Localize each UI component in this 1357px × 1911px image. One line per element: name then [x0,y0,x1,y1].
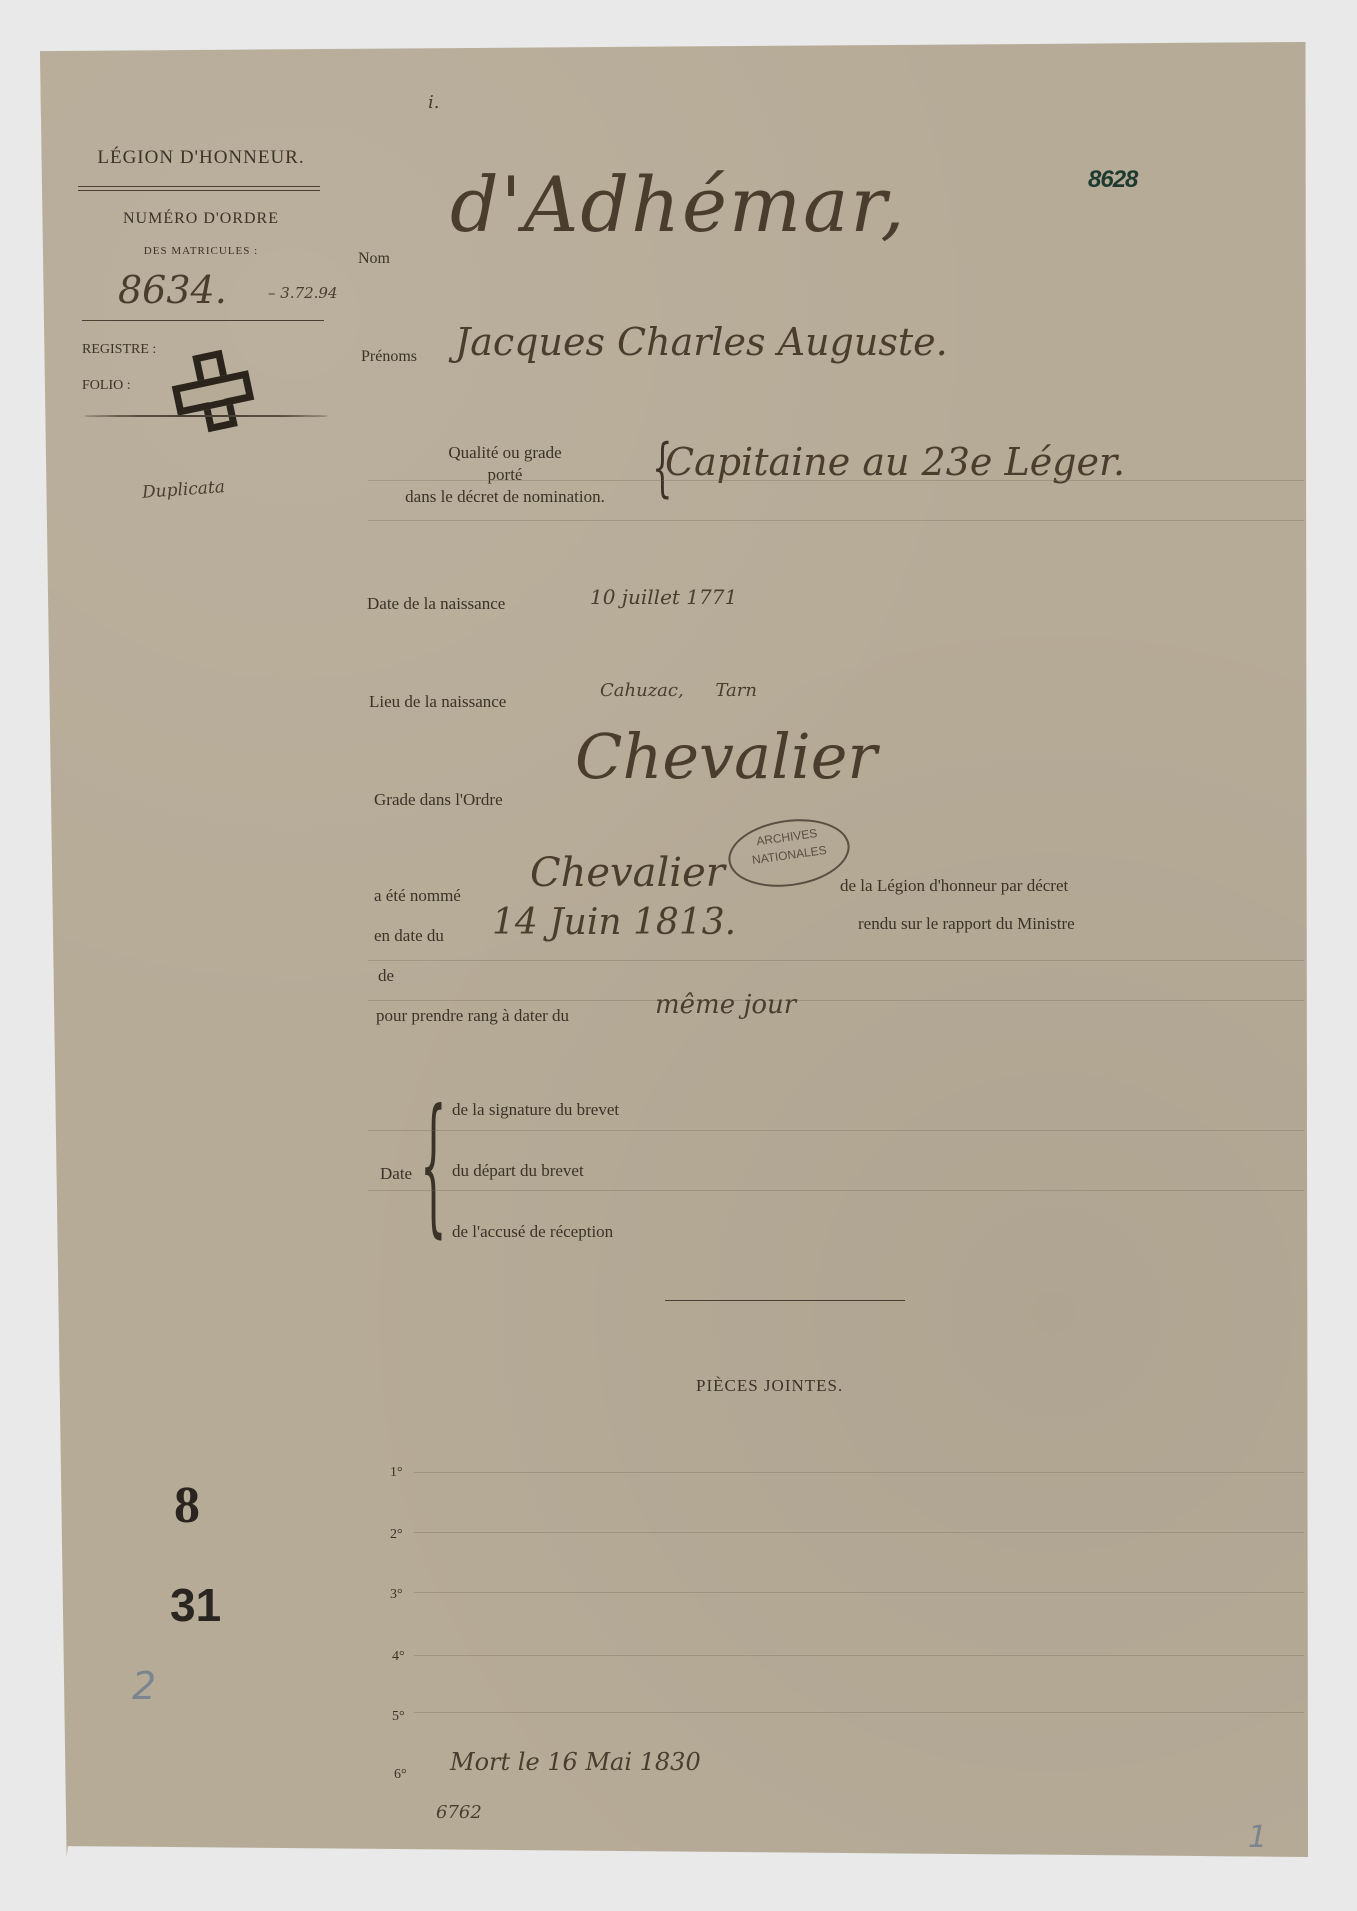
lieu-naissance-label: Lieu de la naissance [369,692,506,712]
section-separator [665,1300,905,1301]
pieces-footnote: 6762 [436,1802,482,1823]
matricule-number: 8634. [118,268,227,312]
top-mark: i. [428,92,439,113]
pencil-mark: 2 [132,1664,156,1708]
piece-line-4 [414,1655,1304,1656]
piece-line-1 [414,1472,1304,1473]
rang-label: pour prendre rang à dater du [376,1006,569,1026]
ruled-line [368,1000,1304,1001]
registre-label: REGISTRE : [82,342,156,358]
piece-line-2 [414,1532,1304,1533]
piece-number-6: 6° [394,1767,407,1783]
ruled-line [368,1190,1304,1191]
numero-label: NUMÉRO D'ORDRE [86,210,316,228]
brevet-date-label: Date [380,1164,412,1184]
box-number-1: 8 [174,1476,200,1535]
piece-value-6: Mort le 16 Mai 1830 [450,1748,701,1776]
legion-text: de la Légion d'honneur par décret [840,876,1068,896]
nom-label: Nom [358,250,390,268]
matricule-rule [82,320,324,321]
piece-line-5 [414,1712,1304,1713]
qualite-value: Capitaine au 23e Léger. [665,440,1125,484]
matricule-secondary: – 3.72.94 [268,284,338,302]
pieces-title: PIÈCES JOINTES. [696,1376,843,1396]
piece-number-3: 3° [390,1587,403,1603]
ruled-line [368,520,1304,521]
piece-number-2: 2° [390,1527,403,1543]
nom-value: d'Adhémar, [450,160,907,249]
institution-title: LÉGION D'HONNEUR. [86,147,316,169]
folio-label: FOLIO : [82,378,131,394]
grade-label: Grade dans l'Ordre [374,790,503,810]
en-date-label: en date du [374,926,444,946]
flourish-rule [84,415,328,417]
ruled-line [368,480,1304,481]
piece-number-5: 5° [392,1709,405,1725]
a-ete-nomme-value: Chevalier [530,850,725,896]
lieu-naissance-value: Cahuzac, Tarn [600,680,757,701]
ruled-line [368,960,1304,961]
double-rule-top [78,186,320,187]
qualite-label: Qualité ou grade porté dans le décret de… [365,442,645,508]
de-label: de [378,966,394,986]
rapport-text: rendu sur le rapport du Ministre [858,914,1075,934]
brevet-item-accuse: de l'accusé de réception [452,1222,613,1242]
double-rule-bottom [78,190,320,191]
a-ete-nomme-label: a été nommé [374,886,461,906]
brevet-item-depart: du départ du brevet [452,1161,584,1181]
qualite-label-line-2: porté [365,464,645,486]
rang-value: même jour [655,990,796,1020]
ruled-line [368,1130,1304,1131]
matricules-label: DES MATRICULES : [86,245,316,257]
document-page [40,42,1308,1857]
piece-line-3 [414,1592,1304,1593]
qualite-label-line-3: dans le décret de nomination. [365,486,645,508]
prenoms-label: Prénoms [361,348,417,366]
brevet-item-signature: de la signature du brevet [452,1100,619,1120]
en-date-value: 14 Juin 1813. [492,902,736,943]
qualite-label-line-1: Qualité ou grade [365,442,645,464]
corner-code: 8628 [1088,166,1137,194]
cross-stamp-icon [174,352,252,430]
date-naissance-value: 10 juillet 1771 [590,585,737,609]
page-number: 1 [1248,1820,1267,1855]
grade-value: Chevalier [575,720,877,793]
piece-number-4: 4° [392,1649,405,1665]
piece-number-1: 1° [390,1465,403,1481]
date-naissance-label: Date de la naissance [367,594,505,614]
box-number-2: 31 [170,1578,221,1632]
brevet-brace: { [420,1090,447,1240]
prenoms-value: Jacques Charles Auguste. [455,320,948,364]
